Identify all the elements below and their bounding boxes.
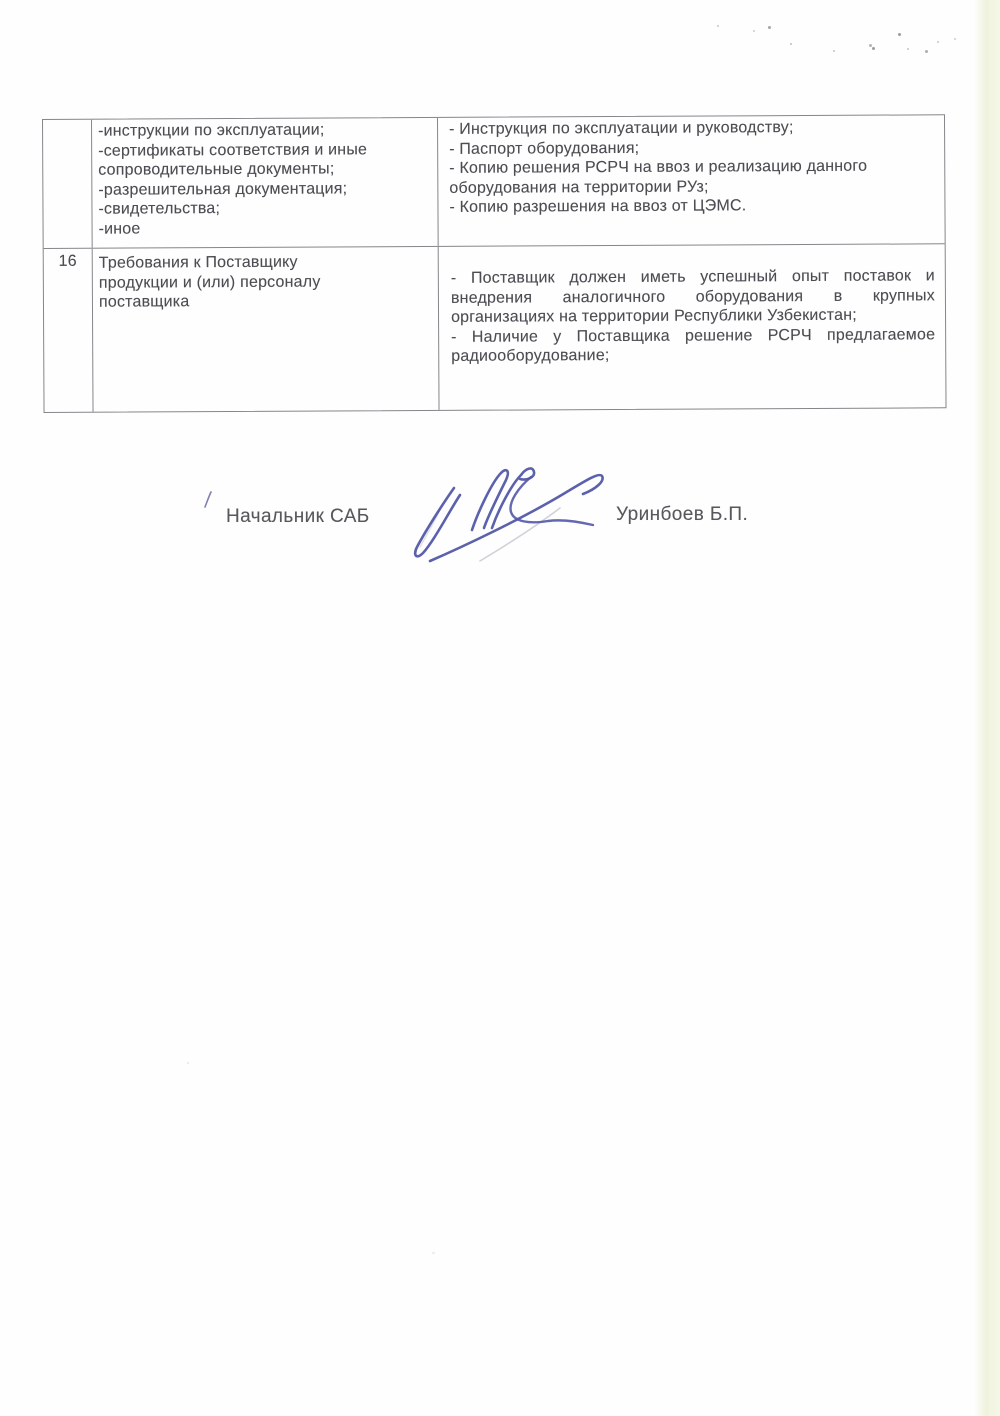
signer-title: Начальник САБ xyxy=(226,506,370,528)
value-line: - Поставщик должен иметь успешный опыт п… xyxy=(451,266,935,327)
scanned-document-page: -инструкции по эксплуатации; -сертификат… xyxy=(0,0,1000,1416)
scan-speckle xyxy=(907,48,909,50)
label-line: -разрешительная документация; xyxy=(98,178,429,199)
row-number-cell xyxy=(43,120,92,248)
row-number-cell: 16 xyxy=(44,249,93,412)
label-line: -свидетельства; xyxy=(98,198,429,219)
label-line: -сертификаты соответствия и иные сопрово… xyxy=(98,139,429,180)
scan-speckle xyxy=(898,33,901,36)
label-line: -иное xyxy=(99,217,430,238)
requirement-label-cell: -инструкции по эксплуатации; -сертификат… xyxy=(91,118,438,248)
scan-speckle xyxy=(753,30,755,32)
scan-speckle xyxy=(717,25,719,27)
requirement-label-cell: Требования к Поставщику продукции и (или… xyxy=(92,247,439,412)
table-row: 16 Требования к Поставщику продукции и (… xyxy=(44,243,946,412)
scan-speckle xyxy=(872,47,875,50)
handwritten-signature xyxy=(400,448,635,573)
table-row: -инструкции по эксплуатации; -сертификат… xyxy=(43,115,945,248)
scan-speckle xyxy=(937,41,939,43)
scan-edge-strip xyxy=(974,0,1000,1416)
scan-speckle xyxy=(432,1252,435,1254)
scan-speckle xyxy=(833,50,835,52)
value-line: - Наличие у Поставщика решение РСРЧ пред… xyxy=(451,325,935,367)
scan-speckle xyxy=(790,43,792,45)
scan-speckle xyxy=(954,38,956,40)
requirement-value-cell: - Инструкция по эксплуатации и руководст… xyxy=(437,115,945,246)
value-line: - Копию решения РСРЧ на ввоз и реализаци… xyxy=(449,156,920,197)
pen-tick-mark xyxy=(203,491,213,509)
value-line: - Инструкция по эксплуатации и руководст… xyxy=(449,117,920,139)
scan-speckle xyxy=(187,1062,189,1064)
scan-speckle xyxy=(768,26,771,29)
label-line: -инструкции по эксплуатации; xyxy=(98,120,429,141)
signer-name: Уринбоев Б.П. xyxy=(616,504,748,526)
requirements-table: -инструкции по эксплуатации; -сертификат… xyxy=(42,114,947,413)
value-line: - Копию разрешения на ввоз от ЦЭМС. xyxy=(449,195,920,217)
scan-speckle xyxy=(925,50,928,53)
label-line: Требования к Поставщику продукции и (или… xyxy=(99,252,347,312)
requirement-value-cell: - Поставщик должен иметь успешный опыт п… xyxy=(438,244,946,410)
value-line: - Паспорт оборудования; xyxy=(449,137,920,159)
